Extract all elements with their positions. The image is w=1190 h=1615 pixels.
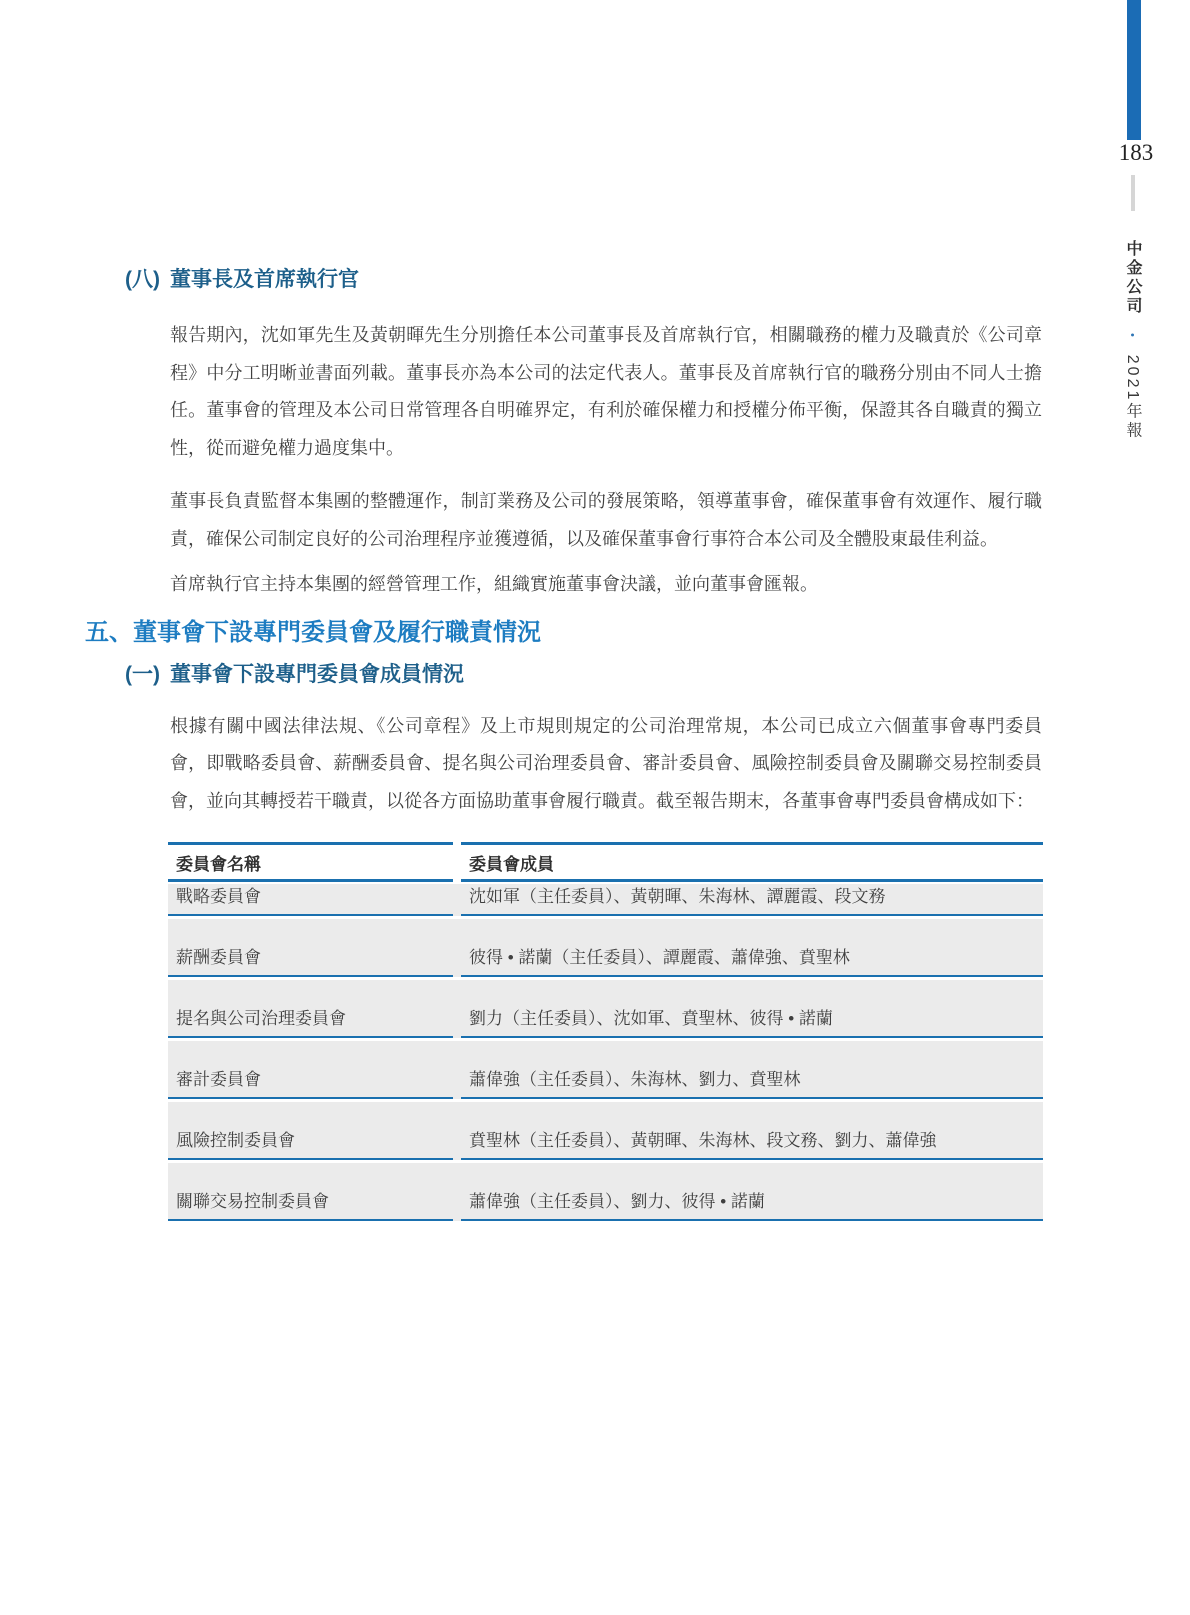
committee-name-cell: 薪酬委員會 bbox=[168, 919, 453, 977]
side-title-year: 2021年報 bbox=[1124, 355, 1141, 441]
header-committee-name: 委員會名稱 bbox=[168, 842, 453, 882]
report-page: 183 中金公司 • 2021年報 (八) 董事長及首席執行官 報告期內，沈如軍… bbox=[0, 0, 1190, 1615]
committee-name-cell: 戰略委員會 bbox=[168, 884, 453, 916]
side-title-company: 中金公司 bbox=[1124, 240, 1141, 316]
table-row: 風險控制委員會賁聖林（主任委員）、黃朝暉、朱海林、段文務、劉力、蕭偉強 bbox=[168, 1102, 1043, 1160]
header-committee-members: 委員會成員 bbox=[461, 842, 1043, 882]
section-5-1-number: (一) bbox=[125, 660, 170, 690]
section-8-number: (八) bbox=[125, 265, 170, 295]
committee-members-cell: 彼得 • 諾蘭（主任委員）、譚麗霞、蕭偉強、賁聖林 bbox=[461, 919, 1043, 977]
committee-name-cell: 提名與公司治理委員會 bbox=[168, 980, 453, 1038]
section-5-1-title: 董事會下設專門委員會成員情況 bbox=[170, 660, 464, 690]
corner-accent-bar bbox=[1127, 0, 1141, 140]
section-8-title: 董事長及首席執行官 bbox=[170, 265, 359, 295]
section-5-heading: 五、董事會下設專門委員會及履行職責情況 bbox=[85, 616, 1045, 650]
committee-members-cell: 劉力（主任委員）、沈如軍、賁聖林、彼得 • 諾蘭 bbox=[461, 980, 1043, 1038]
page-number-tick bbox=[1131, 175, 1135, 211]
committees-table-header: 委員會名稱 委員會成員 bbox=[168, 842, 1043, 882]
committee-members-cell: 蕭偉強（主任委員）、朱海林、劉力、賁聖林 bbox=[461, 1041, 1043, 1099]
section-5-1-paragraph: 根據有關中國法律法規、《公司章程》及上市規則規定的公司治理常規，本公司已成立六個… bbox=[170, 708, 1042, 821]
committee-members-cell: 蕭偉強（主任委員）、劉力、彼得 • 諾蘭 bbox=[461, 1163, 1043, 1221]
section-8-heading: (八) 董事長及首席執行官 bbox=[125, 265, 1045, 295]
section-8-paragraph-3: 首席執行官主持本集團的經營管理工作，組織實施董事會決議，並向董事會匯報。 bbox=[170, 566, 1042, 604]
section-5-1-heading: (一) 董事會下設專門委員會成員情況 bbox=[125, 660, 1045, 690]
section-8-paragraph-2: 董事長負責監督本集團的整體運作，制訂業務及公司的發展策略，領導董事會，確保董事會… bbox=[170, 483, 1042, 558]
committee-name-cell: 關聯交易控制委員會 bbox=[168, 1163, 453, 1221]
table-row: 關聯交易控制委員會蕭偉強（主任委員）、劉力、彼得 • 諾蘭 bbox=[168, 1163, 1043, 1221]
committees-table: 委員會名稱 委員會成員 戰略委員會沈如軍（主任委員）、黃朝暉、朱海林、譚麗霞、段… bbox=[168, 842, 1043, 1221]
committee-members-cell: 沈如軍（主任委員）、黃朝暉、朱海林、譚麗霞、段文務 bbox=[461, 884, 1043, 916]
main-content: (八) 董事長及首席執行官 報告期內，沈如軍先生及黃朝暉先生分別擔任本公司董事長… bbox=[85, 265, 1045, 1221]
table-row: 薪酬委員會彼得 • 諾蘭（主任委員）、譚麗霞、蕭偉強、賁聖林 bbox=[168, 919, 1043, 977]
committee-name-cell: 審計委員會 bbox=[168, 1041, 453, 1099]
section-8-paragraph-1: 報告期內，沈如軍先生及黃朝暉先生分別擔任本公司董事長及首席執行官，相關職務的權力… bbox=[170, 317, 1042, 467]
committees-table-body: 戰略委員會沈如軍（主任委員）、黃朝暉、朱海林、譚麗霞、段文務薪酬委員會彼得 • … bbox=[168, 884, 1043, 1221]
committee-name-cell: 風險控制委員會 bbox=[168, 1102, 453, 1160]
committee-members-cell: 賁聖林（主任委員）、黃朝暉、朱海林、段文務、劉力、蕭偉強 bbox=[461, 1102, 1043, 1160]
table-row: 提名與公司治理委員會劉力（主任委員）、沈如軍、賁聖林、彼得 • 諾蘭 bbox=[168, 980, 1043, 1038]
table-row: 戰略委員會沈如軍（主任委員）、黃朝暉、朱海林、譚麗霞、段文務 bbox=[168, 884, 1043, 916]
table-row: 審計委員會蕭偉強（主任委員）、朱海林、劉力、賁聖林 bbox=[168, 1041, 1043, 1099]
page-number: 183 bbox=[1106, 140, 1166, 166]
side-title-bullet-icon: • bbox=[1126, 333, 1138, 337]
side-title: 中金公司 • 2021年報 bbox=[1121, 240, 1144, 540]
